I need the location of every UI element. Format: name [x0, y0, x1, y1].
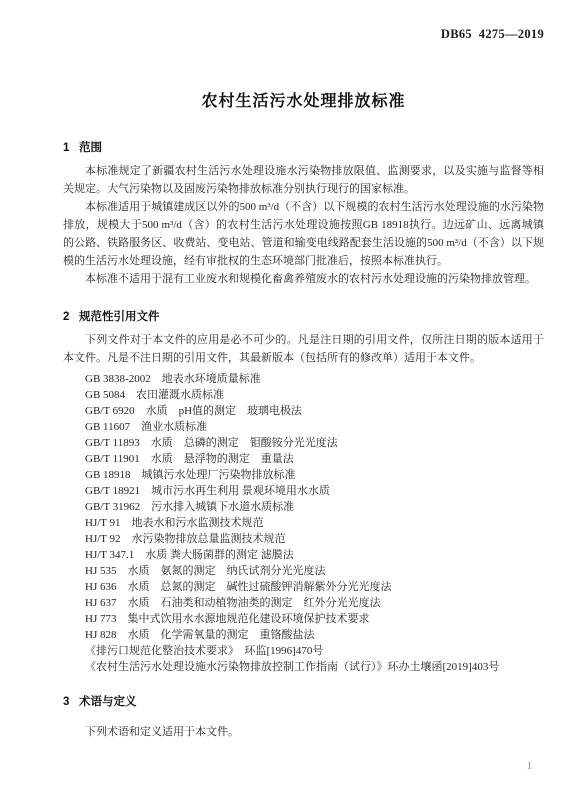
section-3-paragraph-1: 下列术语和定义适用于本文件。 [63, 723, 544, 741]
reference-list: GB 3838-2002 地表水环境质量标准 GB 5084 农田灌溉水质标准 … [63, 371, 544, 675]
reference-item: HJ 637 水质 石油类和动植物油类的测定 红外分光光度法 [63, 595, 544, 611]
section-scope: 1 范围 本标准规定了新疆农村生活污水处理设施水污染物排放限值、监测要求，以及实… [63, 139, 544, 288]
standard-code: DB65 4275—2019 [63, 27, 544, 42]
section-1-paragraph-1: 本标准规定了新疆农村生活污水处理设施水污染物排放限值、监测要求，以及实施与监督等… [63, 162, 544, 198]
section-terms-definitions: 3 术语与定义 下列术语和定义适用于本文件。 [63, 693, 544, 741]
reference-item: HJ/T 92 水污染物排放总量监测技术规范 [63, 531, 544, 547]
reference-item: HJ 535 水质 氨氮的测定 纳氏试剂分光光度法 [63, 563, 544, 579]
reference-item: HJ/T 91 地表水和污水监测技术规范 [63, 515, 544, 531]
reference-item: GB 5084 农田灌溉水质标准 [63, 387, 544, 403]
section-1-heading: 1 范围 [63, 139, 544, 155]
section-2-heading: 2 规范性引用文件 [63, 308, 544, 324]
section-1-paragraph-3: 本标准不适用于混有工业废水和规模化畜禽养殖废水的农村污水处理设施的污染物排放管理… [63, 270, 544, 288]
reference-item: 《农村生活污水处理设施水污染物排放控制工作指南（试行）》环办土壤函[2019]4… [63, 659, 544, 675]
reference-item: GB/T 11901 水质 悬浮物的测定 重量法 [63, 451, 544, 467]
reference-item: GB 18918 城镇污水处理厂污染物排放标准 [63, 467, 544, 483]
reference-item: HJ 828 水质 化学需氧量的测定 重铬酸盐法 [63, 627, 544, 643]
page-number: 1 [527, 760, 533, 772]
reference-item: 《排污口规范化整治技术要求》 环监[1996]470号 [63, 643, 544, 659]
reference-item: HJ 773 集中式饮用水水源地规范化建设环境保护技术要求 [63, 611, 544, 627]
section-1-paragraph-2: 本标准适用于城镇建成区以外的500 m³/d（不含）以下规模的农村生活污水处理设… [63, 198, 544, 270]
section-normative-references: 2 规范性引用文件 下列文件对于本文件的应用是必不可少的。凡是注日期的引用文件，… [63, 308, 544, 675]
section-2-paragraph-1: 下列文件对于本文件的应用是必不可少的。凡是注日期的引用文件，仅所注日期的版本适用… [63, 331, 544, 367]
document-page: DB65 4275—2019 农村生活污水处理排放标准 1 范围 本标准规定了新… [0, 0, 588, 789]
reference-item: GB/T 18921 城市污水再生利用 景观环境用水水质 [63, 483, 544, 499]
document-title: 农村生活污水处理排放标准 [63, 88, 544, 111]
reference-item: HJ 636 水质 总氮的测定 碱性过硫酸钾消解紫外分光光度法 [63, 579, 544, 595]
section-3-heading: 3 术语与定义 [63, 693, 544, 709]
reference-item: GB 3838-2002 地表水环境质量标准 [63, 371, 544, 387]
reference-item: GB/T 31962 污水排入城镇下水道水质标准 [63, 499, 544, 515]
reference-item: GB/T 11893 水质 总磷的测定 钼酸铵分光光度法 [63, 435, 544, 451]
reference-item: GB 11607 渔业水质标准 [63, 419, 544, 435]
reference-item: HJ/T 347.1 水质 粪大肠菌群的测定 滤膜法 [63, 547, 544, 563]
reference-item: GB/T 6920 水质 pH值的测定 玻璃电极法 [63, 403, 544, 419]
